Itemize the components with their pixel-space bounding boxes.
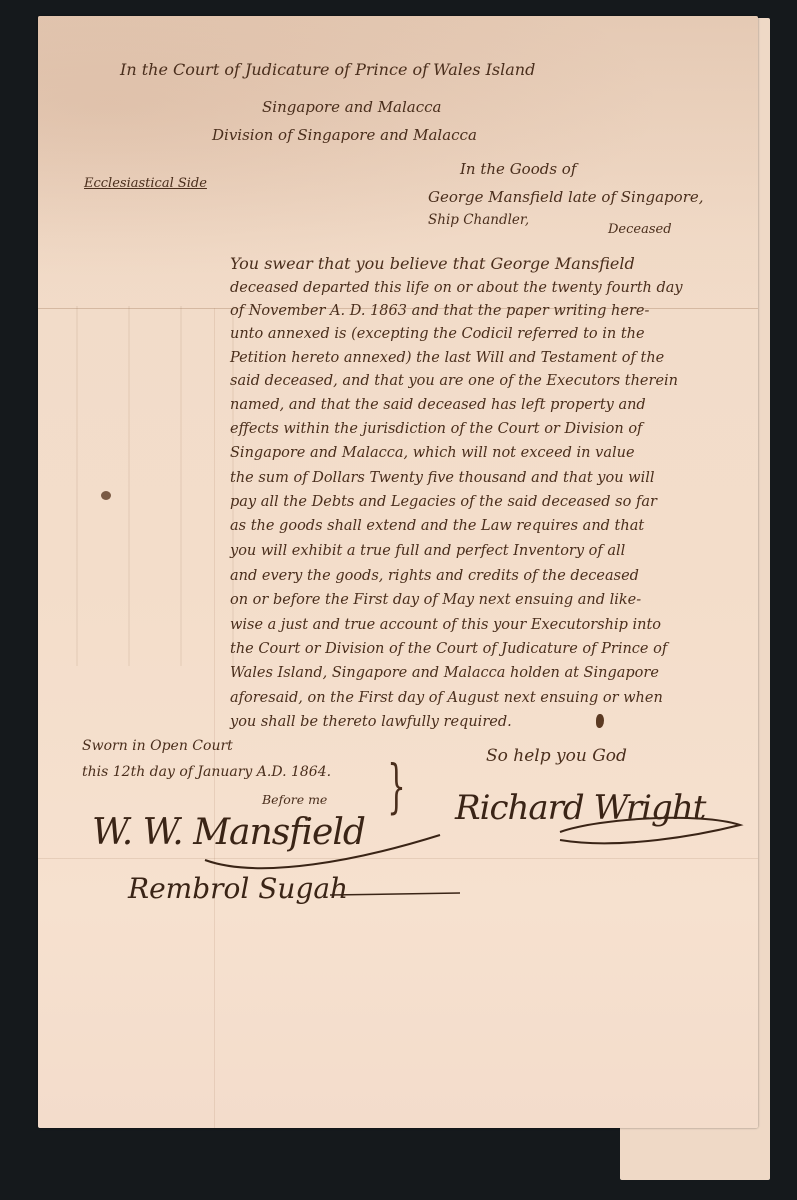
signature-flourishes bbox=[0, 0, 797, 1200]
